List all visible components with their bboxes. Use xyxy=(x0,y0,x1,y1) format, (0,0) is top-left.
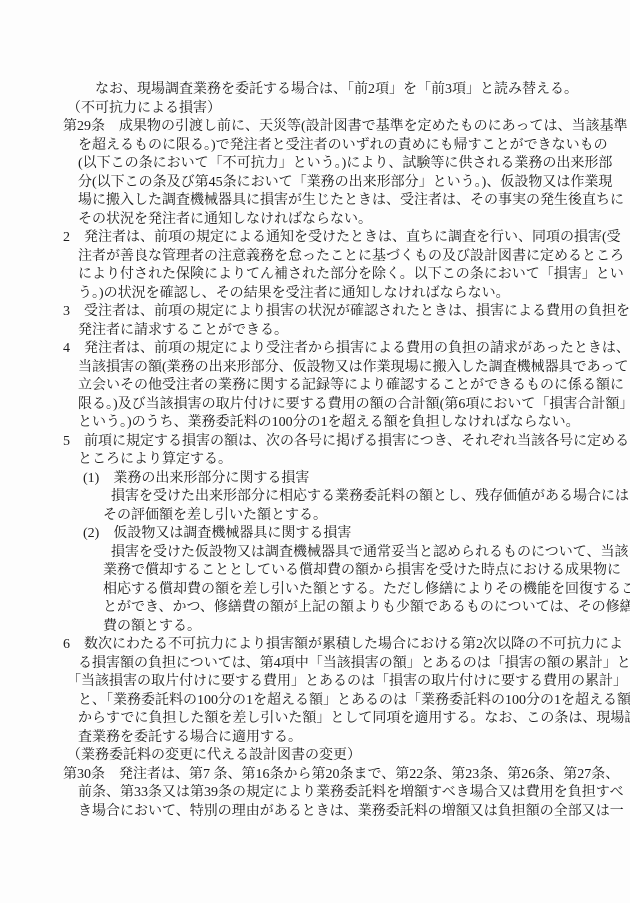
doc-line: 査業務を委託する場合に適用する。 xyxy=(63,729,590,748)
doc-line: により付された保険によりてん補された部分を除く。以下この条において「損害」とい xyxy=(63,266,590,285)
doc-line: 費の額とする。 xyxy=(63,618,590,637)
doc-line: 前条、第33条又は第39条の規定により業務委託料を増額すべき場合又は費用を負担す… xyxy=(63,784,590,803)
doc-line: を超えるものに限る。)で発注者と受注者のいずれの責めにも帰すことができないもの xyxy=(63,137,590,156)
item-2-line: (2) 仮設物又は調査機械器具に関する損害 xyxy=(63,525,590,544)
doc-line: なお、現場調査業務を委託する場合は、「前2項」を「前3項」と読み替える。 xyxy=(63,81,590,100)
paragraph-3-line: 3 受注者は、前項の規定により損害の状況が確認されたときは、損害による費用の負担… xyxy=(63,303,590,322)
doc-line: 場に搬入した調査機械器具に損害が生じたときは、受注者は、その事実の発生後直ちに xyxy=(63,192,590,211)
item-1-line: (1) 業務の出来形部分に関する損害 xyxy=(63,470,590,489)
doc-line: 限る。)及び当該損害の取片付けに要する費用の額の合計額(第6項において「損害合計… xyxy=(63,396,590,415)
section-heading: （不可抗力による損害） xyxy=(63,100,590,119)
doc-line: 立会いその他受注者の業務に関する記録等により確認することができるものに係る額に xyxy=(63,377,590,396)
article-30-line: 第30条 発注者は、第7 条、第16条から第20条まで、第22条、第23条、第2… xyxy=(63,766,590,785)
doc-line: 発注者に請求することができる。 xyxy=(63,322,590,341)
doc-line: き場合において、特別の理由があるときは、業務委託料の増額又は負担額の全部又は一 xyxy=(63,803,590,822)
doc-line: とができ、かつ、修繕費の額が上記の額よりも少額であるものについては、その修繕 xyxy=(63,599,590,618)
doc-line: る損害額の負担については、第4項中「当該損害の額」とあるのは「損害の額の累計」と… xyxy=(63,655,590,674)
paragraph-5-line: 5 前項に規定する損害の額は、次の各号に掲げる損害につき、それぞれ当該各号に定め… xyxy=(63,433,590,452)
doc-line: 業務で償却することとしている償却費の額から損害を受けた時点における成果物に xyxy=(63,562,590,581)
doc-line: (以下この条において「不可抗力」という。)により、試験等に供される業務の出来形部 xyxy=(63,155,590,174)
doc-line: 注者が善良な管理者の注意義務を怠ったことに基づくもの及び設計図書に定めるところ xyxy=(63,248,590,267)
doc-line: う。)の状況を確認し、その結果を受注者に通知しなければならない。 xyxy=(63,285,590,304)
doc-line: からすでに負担した額を差し引いた額」として同項を適用する。なお、この条は、現場調 xyxy=(63,710,590,729)
paragraph-6-line: 6 数次にわたる不可抗力により損害額が累積した場合における第2次以降の不可抗力に… xyxy=(63,636,590,655)
article-29-line: 第29条 成果物の引渡し前に、天災等(設計図書で基準を定めたものにあっては、当該… xyxy=(63,118,590,137)
doc-line: ところにより算定する。 xyxy=(63,451,590,470)
doc-line: その状況を発注者に通知しなければならない。 xyxy=(63,211,590,230)
doc-line: と、「業務委託料の100分の1を超える額」とあるのは「業務委託料の100分の1を… xyxy=(63,692,590,711)
doc-line: その評価額を差し引いた額とする。 xyxy=(63,507,590,526)
paragraph-2-line: 2 発注者は、前項の規定による通知を受けたときは、直ちに調査を行い、同項の損害(… xyxy=(63,229,590,248)
doc-line: 分(以下この条及び第45条において「業務の出来形部分」という。)、仮設物又は作業… xyxy=(63,174,590,193)
doc-line: 損害を受けた仮設物又は調査機械器具で通常妥当と認められるものについて、当該 xyxy=(63,544,590,563)
doc-line: 相応する償却費の額を差し引いた額とする。ただし修繕によりその機能を回復するこ xyxy=(63,581,590,600)
doc-line: 当該損害の額(業務の出来形部分、仮設物又は作業現場に搬入した調査機械器具であって xyxy=(63,359,590,378)
document-page: なお、現場調査業務を委託する場合は、「前2項」を「前3項」と読み替える。 （不可… xyxy=(0,0,630,903)
doc-line: 損害を受けた出来形部分に相応する業務委託料の額とし、残存価値がある場合には xyxy=(63,488,590,507)
paragraph-4-line: 4 発注者は、前項の規定により受注者から損害による費用の負担の請求があったときは… xyxy=(63,340,590,359)
section-heading: （業務委託料の変更に代える設計図書の変更） xyxy=(63,747,590,766)
doc-line: 「当該損害の取片付けに要する費用」とあるのは「損害の取片付けに要する費用の累計」 xyxy=(63,673,590,692)
doc-line: という。)のうち、業務委託料の100分の1を超える額を負担しなければならない。 xyxy=(63,414,590,433)
